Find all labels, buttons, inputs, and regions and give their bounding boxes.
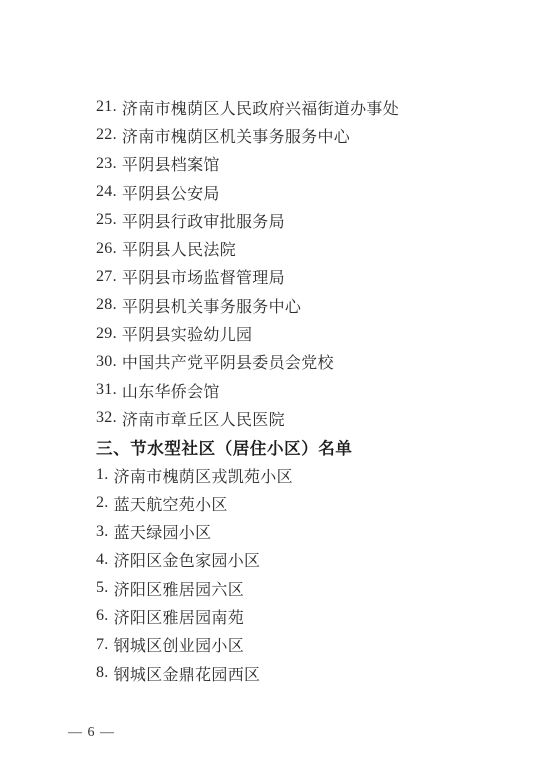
item-number: 21. — [96, 98, 117, 116]
item-text: 中国共产党平阴县委员会党校 — [122, 350, 334, 373]
page-number: — 6 — — [68, 725, 115, 741]
item-text: 济阳区金色家园小区 — [114, 548, 261, 571]
item-text: 山东华侨会馆 — [122, 379, 220, 402]
item-text: 平阴县市场监督管理局 — [122, 265, 285, 288]
item-number: 4. — [96, 551, 109, 569]
list-item: 3.蓝天绿园小区 — [96, 517, 523, 545]
item-number: 32. — [96, 409, 117, 427]
list-item: 24.平阴县公安局 — [96, 178, 523, 206]
list-item: 6.济阳区雅居园南苑 — [96, 602, 523, 630]
list-item: 28.平阴县机关事务服务中心 — [96, 291, 523, 319]
list-item: 23.平阴县档案馆 — [96, 150, 523, 178]
item-number: 22. — [96, 126, 117, 144]
list-item: 30.中国共产党平阴县委员会党校 — [96, 348, 523, 376]
item-number: 28. — [96, 296, 117, 314]
list-item: 8.钢城区金鼎花园西区 — [96, 659, 523, 687]
item-text: 济南市章丘区人民医院 — [122, 407, 285, 430]
list-item: 21.济南市槐荫区人民政府兴福街道办事处 — [96, 93, 523, 121]
item-text: 钢城区金鼎花园西区 — [114, 662, 261, 685]
item-number: 5. — [96, 579, 109, 597]
section3-heading: 三、节水型社区（居住小区）名单 — [96, 433, 523, 461]
list-item: 26.平阴县人民法院 — [96, 234, 523, 262]
item-text: 蓝天航空苑小区 — [114, 492, 228, 515]
item-number: 7. — [96, 636, 109, 654]
list-item: 22.济南市槐荫区机关事务服务中心 — [96, 121, 523, 149]
item-number: 24. — [96, 183, 117, 201]
list-item: 7.钢城区创业园小区 — [96, 631, 523, 659]
item-number: 29. — [96, 325, 117, 343]
item-text: 平阴县实验幼儿园 — [122, 322, 252, 345]
item-text: 蓝天绿园小区 — [114, 520, 212, 543]
item-text: 济南市槐荫区戎凯苑小区 — [114, 464, 293, 487]
list-item: 31.山东华侨会馆 — [96, 376, 523, 404]
list-item: 29.平阴县实验幼儿园 — [96, 319, 523, 347]
section3-list: 1.济南市槐荫区戎凯苑小区2.蓝天航空苑小区3.蓝天绿园小区4.济阳区金色家园小… — [96, 461, 523, 687]
item-text: 济南市槐荫区机关事务服务中心 — [122, 124, 350, 147]
item-number: 27. — [96, 268, 117, 286]
item-number: 31. — [96, 381, 117, 399]
document-content: 21.济南市槐荫区人民政府兴福街道办事处22.济南市槐荫区机关事务服务中心23.… — [96, 93, 523, 687]
document-page: 21.济南市槐荫区人民政府兴福街道办事处22.济南市槐荫区机关事务服务中心23.… — [0, 0, 553, 783]
list-item: 1.济南市槐荫区戎凯苑小区 — [96, 461, 523, 489]
item-number: 26. — [96, 240, 117, 258]
item-text: 平阴县公安局 — [122, 181, 220, 204]
item-number: 30. — [96, 353, 117, 371]
item-text: 平阴县行政审批服务局 — [122, 209, 285, 232]
item-number: 23. — [96, 155, 117, 173]
list-item: 27.平阴县市场监督管理局 — [96, 263, 523, 291]
item-text: 钢城区创业园小区 — [114, 633, 244, 656]
item-text: 济阳区雅居园南苑 — [114, 605, 244, 628]
list-item: 25.平阴县行政审批服务局 — [96, 206, 523, 234]
item-text: 平阴县机关事务服务中心 — [122, 294, 301, 317]
list-item: 2.蓝天航空苑小区 — [96, 489, 523, 517]
item-text: 平阴县档案馆 — [122, 152, 220, 175]
section2-list: 21.济南市槐荫区人民政府兴福街道办事处22.济南市槐荫区机关事务服务中心23.… — [96, 93, 523, 433]
item-text: 济阳区雅居园六区 — [114, 577, 244, 600]
item-number: 25. — [96, 211, 117, 229]
list-item: 32.济南市章丘区人民医院 — [96, 404, 523, 432]
item-number: 8. — [96, 664, 109, 682]
item-number: 6. — [96, 607, 109, 625]
item-number: 1. — [96, 466, 109, 484]
item-text: 平阴县人民法院 — [122, 237, 236, 260]
list-item: 5.济阳区雅居园六区 — [96, 574, 523, 602]
item-number: 2. — [96, 494, 109, 512]
item-text: 济南市槐荫区人民政府兴福街道办事处 — [122, 96, 399, 119]
item-number: 3. — [96, 523, 109, 541]
list-item: 4.济阳区金色家园小区 — [96, 546, 523, 574]
